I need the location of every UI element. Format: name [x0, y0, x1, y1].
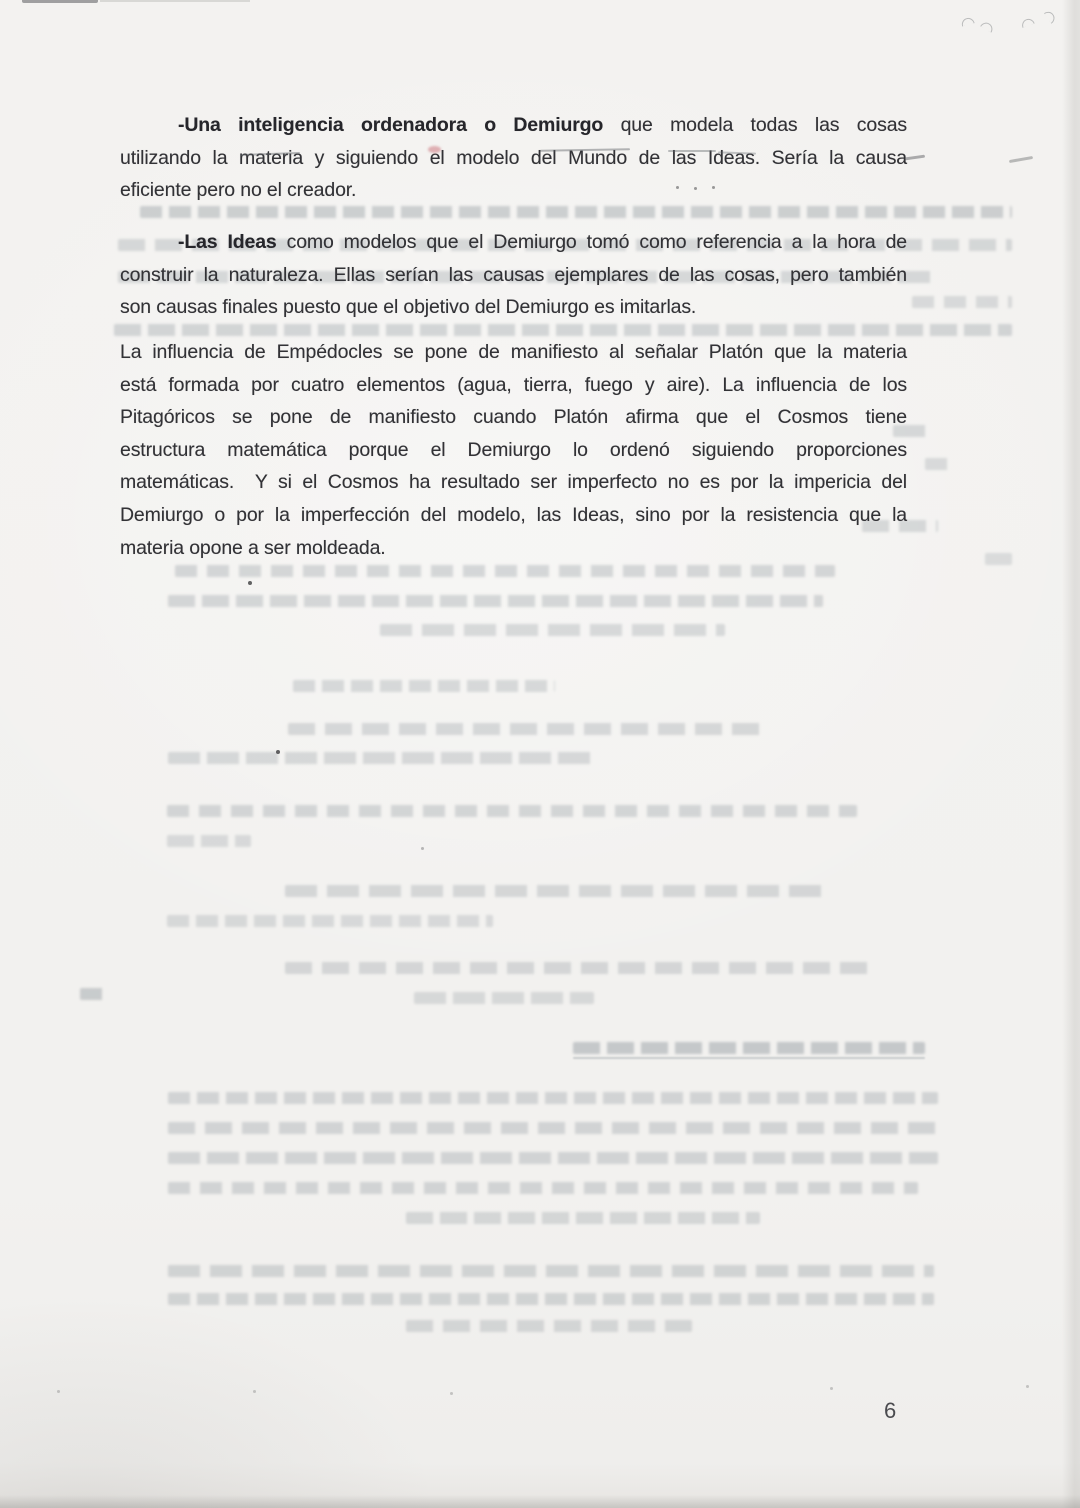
scan-squiggle-mark [1044, 9, 1057, 24]
bleedthrough-line [167, 835, 251, 847]
text-line: materia opone a ser moldeada. [120, 532, 907, 565]
scan-top-edge-smudge [100, 0, 250, 2]
bleedthrough-line [414, 992, 594, 1004]
bleedthrough-line [912, 296, 1012, 308]
bleedthrough-line [168, 1152, 938, 1164]
scan-artifact-stroke [1009, 156, 1033, 163]
text-line: está formada por cuatro elementos (agua,… [120, 369, 907, 402]
paper-speck [676, 186, 679, 189]
paragraph: -Las Ideas como modelos que el Demiurgo … [120, 226, 907, 324]
bleedthrough-line [168, 1092, 938, 1104]
scan-artifact-stroke [905, 155, 925, 161]
bleedthrough-line [175, 565, 835, 577]
bleedthrough-line [925, 458, 953, 470]
text-line: Pitagóricos se pone de manifiesto cuando… [120, 401, 907, 434]
paragraph: -Una inteligencia ordenadora o Demiurgo … [120, 109, 907, 207]
bleedthrough-line [168, 1265, 934, 1277]
paper-speck [830, 1387, 833, 1390]
text-line: -Las Ideas como modelos que el Demiurgo … [120, 226, 907, 259]
bleedthrough-line [380, 624, 725, 636]
text-line: son causas finales puesto que el objetiv… [120, 291, 907, 324]
bleedthrough-line [573, 1057, 925, 1059]
bleedthrough-line [406, 1212, 760, 1224]
red-ink-speck [428, 146, 441, 153]
scan-squiggle-mark [980, 20, 995, 33]
paper-speck [694, 187, 697, 190]
bleedthrough-line [168, 1182, 918, 1194]
bleedthrough-line [168, 752, 595, 764]
paper-speck [253, 1390, 256, 1393]
scanned-document-page: 6 -Una inteligencia ordenadora o Demiurg… [0, 0, 1080, 1508]
bleedthrough-line [168, 1122, 940, 1134]
bleedthrough-line [573, 1042, 925, 1054]
bleedthrough-line [285, 885, 829, 897]
bleedthrough-line [406, 1320, 692, 1332]
paragraph: La influencia de Empédocles se pone de m… [120, 336, 907, 564]
paper-speck [248, 581, 252, 585]
bold-lead-text: -Las Ideas [178, 231, 277, 253]
bleedthrough-line [285, 962, 868, 974]
bleedthrough-line [288, 723, 760, 735]
bleedthrough-line [168, 1293, 934, 1305]
bleedthrough-line [985, 553, 1012, 565]
bleedthrough-line [168, 595, 823, 607]
page-number: 6 [884, 1398, 896, 1424]
paper-speck [1026, 1385, 1029, 1388]
text-line: utilizando la materia y siguiendo el mod… [120, 142, 907, 175]
paper-speck [712, 186, 715, 189]
paper-speck [276, 750, 280, 754]
bleedthrough-line [140, 206, 1012, 218]
scan-bottom-edge-shadow [0, 1495, 1080, 1508]
bleedthrough-line [167, 915, 493, 927]
text-line: eficiente pero no el creador. [120, 174, 907, 207]
bleedthrough-line [114, 324, 1012, 336]
scan-right-edge-shadow [1062, 0, 1080, 1508]
scan-squiggle-mark [960, 16, 974, 26]
text-line: La influencia de Empédocles se pone de m… [120, 336, 907, 369]
text-line: construir la naturaleza. Ellas serían la… [120, 259, 907, 292]
scan-artifact-stroke [668, 150, 716, 152]
paper-speck [421, 847, 424, 850]
text-line: Demiurgo o por la imperfección del model… [120, 499, 907, 532]
bold-lead-text: -Una inteligencia ordenadora o Demiurgo [178, 114, 603, 136]
bleedthrough-line [80, 988, 108, 1000]
paper-speck [57, 1390, 60, 1393]
bleedthrough-line [293, 680, 555, 692]
bleedthrough-line [167, 805, 857, 817]
text-line: matemáticas. Y si el Cosmos ha resultado… [120, 466, 907, 499]
scan-top-edge-mark [22, 0, 98, 3]
paper-speck [450, 1392, 453, 1395]
text-line: estructura matemática porque el Demiurgo… [120, 434, 907, 467]
text-line: -Una inteligencia ordenadora o Demiurgo … [120, 109, 907, 142]
scan-squiggle-mark [1020, 17, 1035, 28]
